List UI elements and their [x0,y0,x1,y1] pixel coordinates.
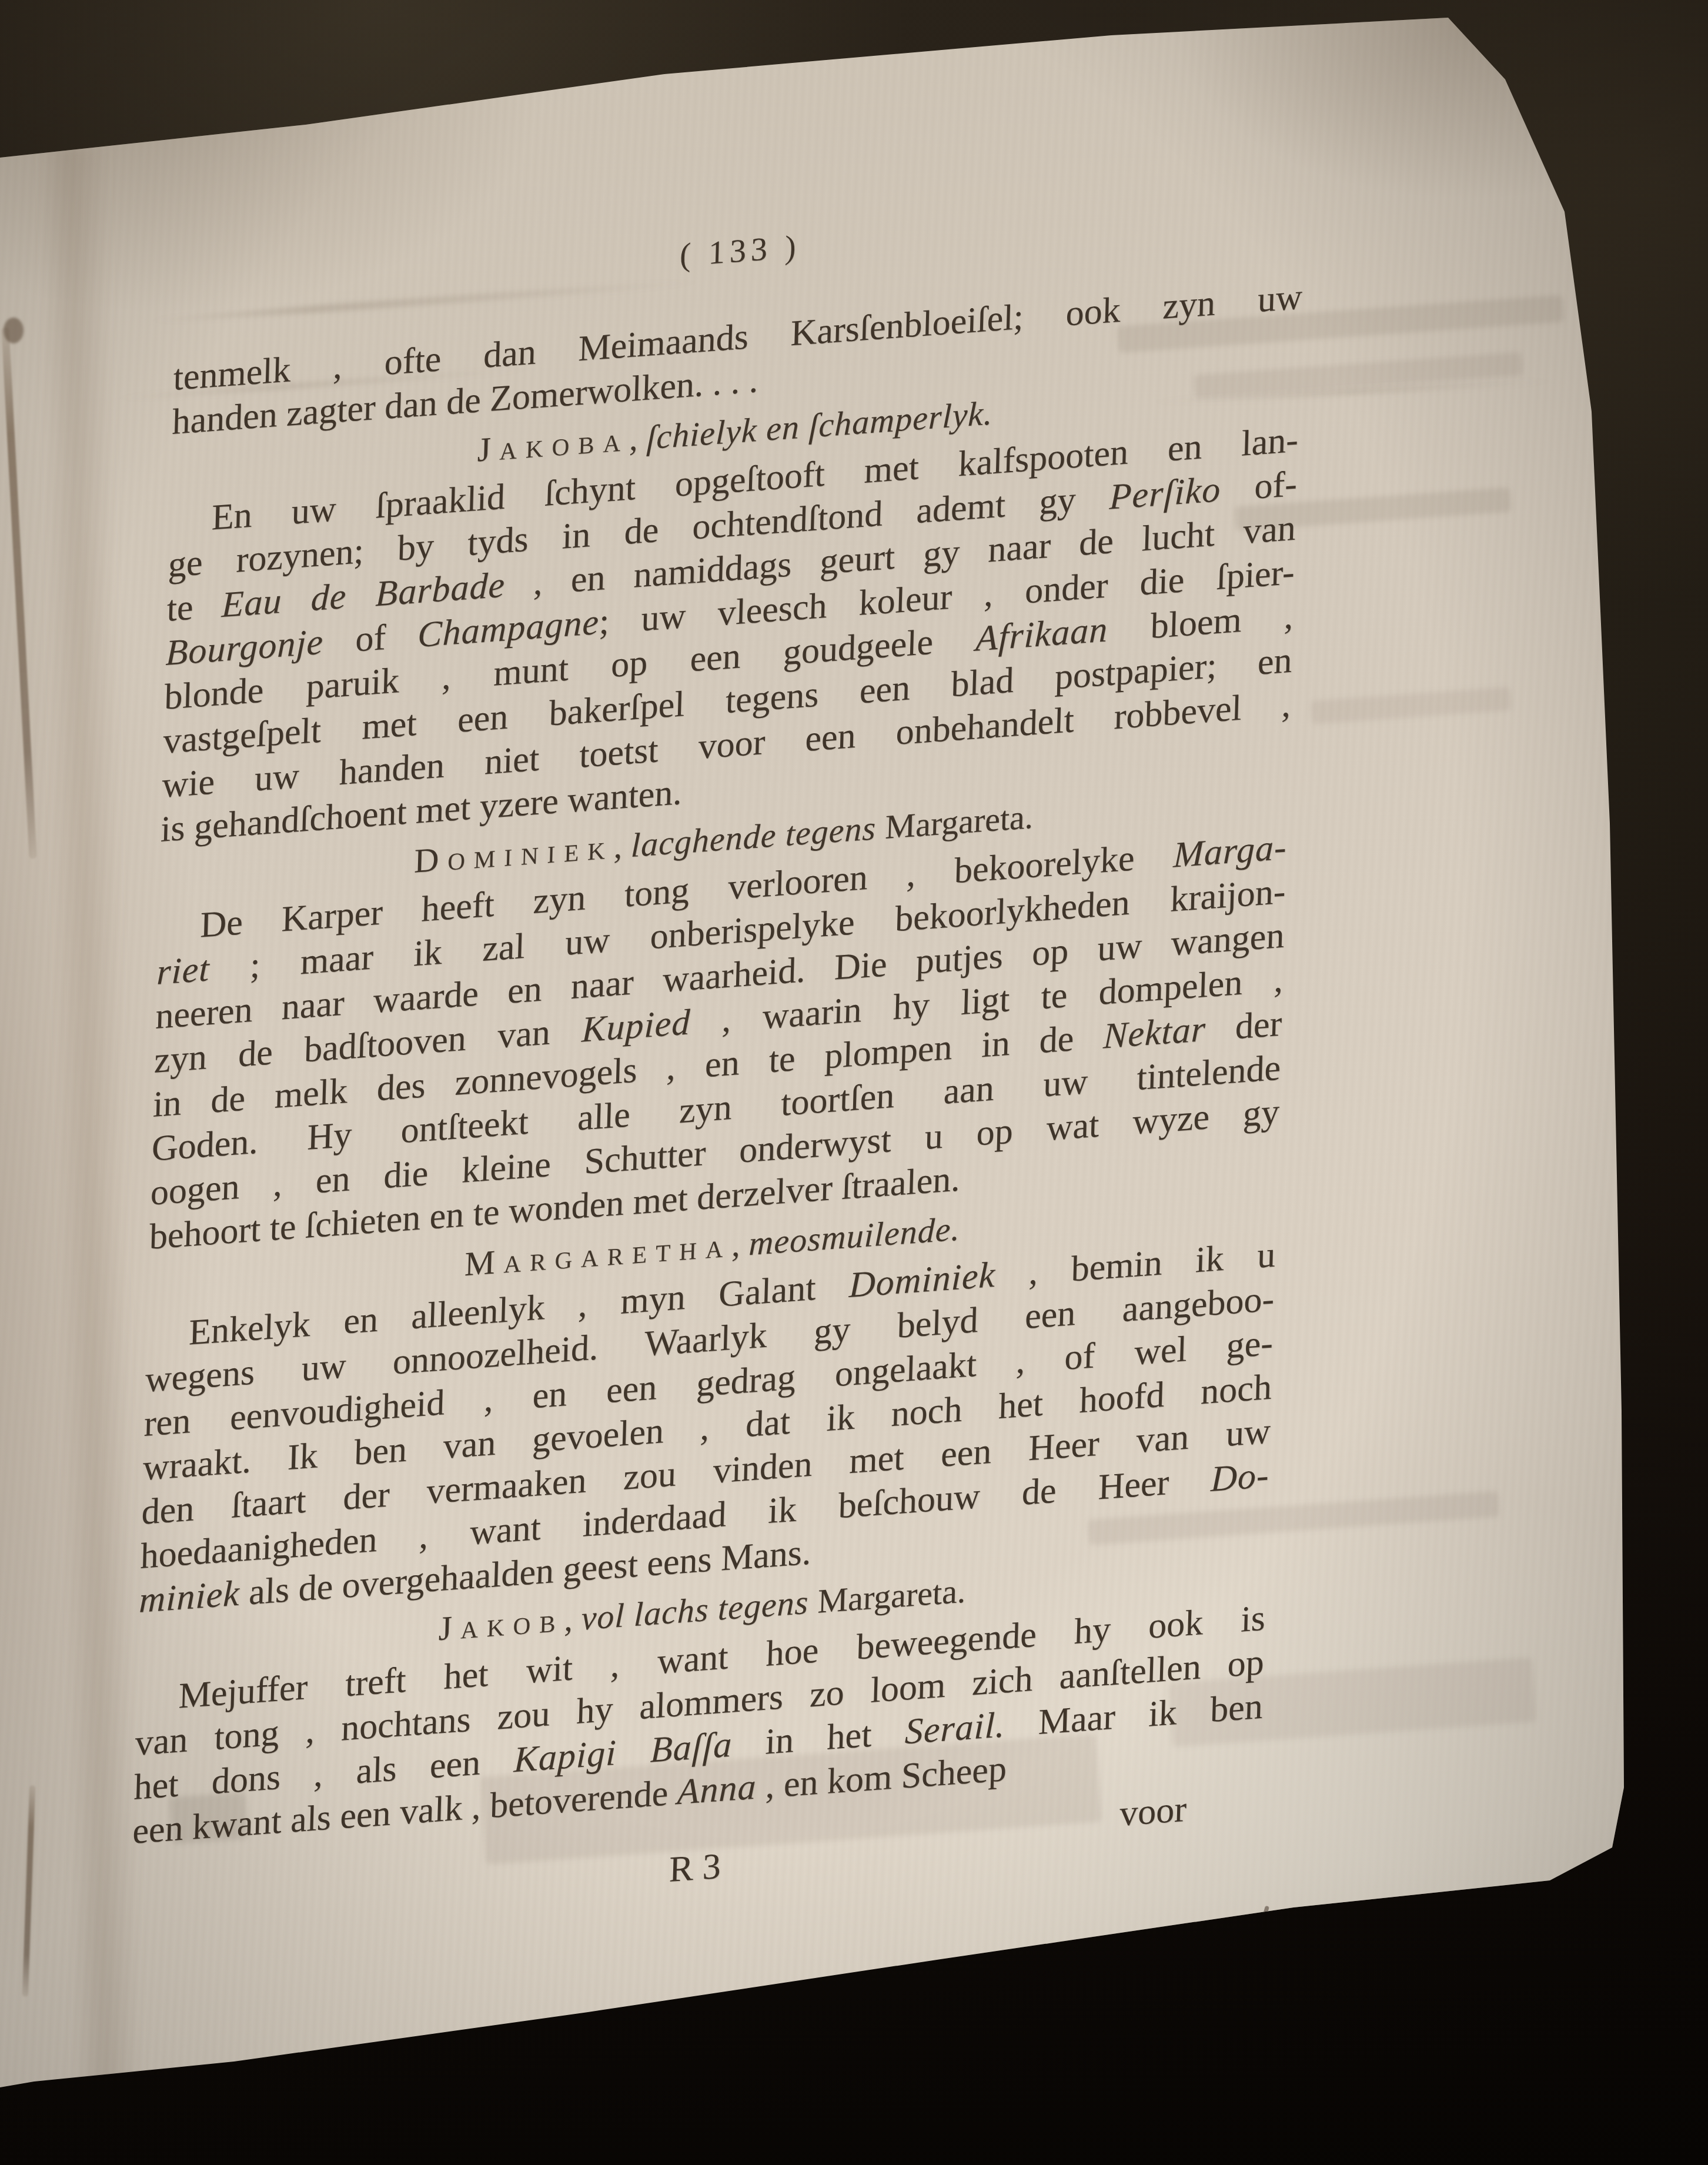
text-segment: Dominiek [414,827,614,880]
text-segment: Kupied [581,1002,691,1050]
text-segment: Afrikaan [975,609,1108,659]
text-segment: , [613,826,631,866]
text-segment: Anna [677,1767,757,1813]
pen-scratch [1251,1906,1269,1957]
text-segment: meosmuilende. [748,1210,961,1263]
text-segment: Jakoba [477,420,630,469]
text-segment: Nektar [1102,1009,1206,1057]
photo-of-book-page: ( 133 ) tenmelk , ofte dan Meimaands Kar… [0,0,1708,2165]
text-segment: Serail. [904,1705,1006,1752]
text-segment: Jakob [438,1601,565,1648]
text-segment: vol lachs tegens [581,1582,818,1638]
text-segment: Dominiek [848,1255,996,1305]
ink-show-through [1311,687,1512,724]
text-segment: miniek [139,1573,240,1621]
text-segment: of- [1220,464,1298,509]
text-segment: Margareta. [885,797,1034,846]
text-segment: , [731,1224,750,1264]
page-text: ( 133 ) tenmelk , ofte dan Meimaands Kar… [130,189,1305,1934]
binding-stitch [4,318,24,343]
text-segment: riet [156,949,210,993]
text-segment: Margareta. [817,1572,967,1621]
text-segment: lacghende tegens [630,808,885,864]
text-segment: , [564,1599,582,1639]
dialogue-text: tenmelk , ofte dan Meimaands Karsſenbloe… [132,275,1303,1854]
text-segment: of [323,615,418,662]
book-page: ( 133 ) tenmelk , ofte dan Meimaands Kar… [0,0,1708,2165]
text-segment: te [166,585,222,629]
text-segment: Perſiko [1109,469,1221,517]
text-segment: Marga- [1173,827,1288,876]
text-segment: der [1205,1004,1282,1049]
page-gutter-shadow [39,146,143,2100]
text-segment: Do- [1210,1455,1269,1499]
text-segment: , [629,419,647,458]
